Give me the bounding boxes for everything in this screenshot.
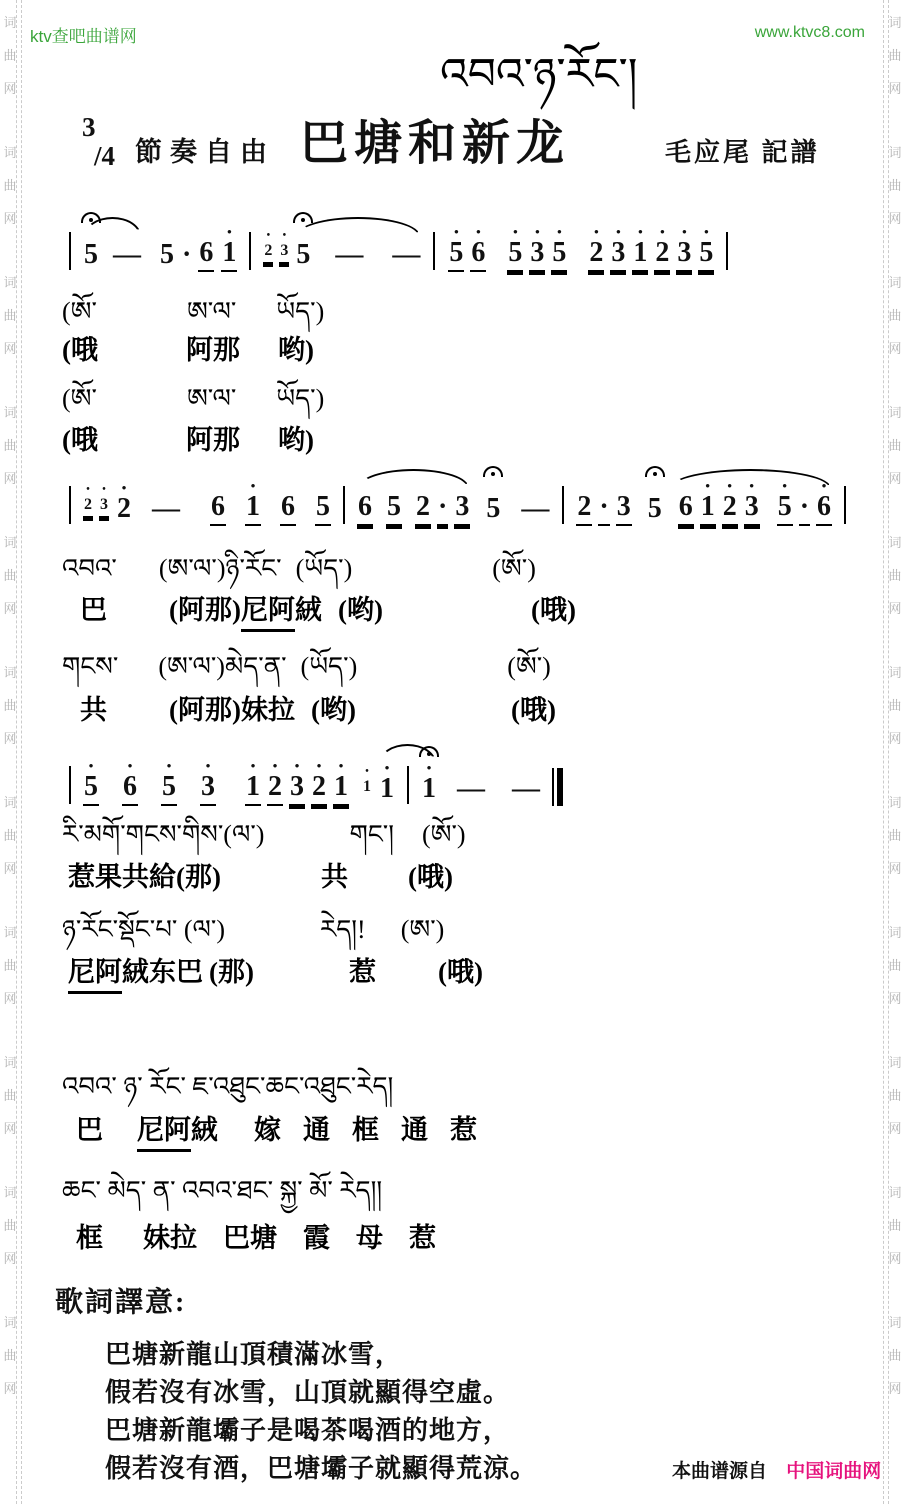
note-digit: 5•	[551, 237, 567, 272]
duration-dash: —	[456, 773, 486, 806]
note-digit: 6	[678, 491, 694, 526]
octave-dot: •	[206, 759, 211, 772]
octave-dot: •	[251, 759, 256, 772]
lyric-segment: 母	[356, 1216, 383, 1255]
octave-dot: •	[89, 759, 94, 772]
lyric-row-chinese-4: 共(阿那)妹拉(哟)(哦)	[62, 688, 556, 727]
note-digit: 5	[485, 493, 501, 526]
translation-heading: 歌詞譯意:	[55, 1280, 186, 1320]
lyric-segment: 惹	[409, 1216, 436, 1255]
lyric-segment: 共	[80, 688, 107, 727]
note-digit: 5	[647, 493, 663, 526]
fermata-icon	[293, 212, 313, 223]
dashed-border-right-inner	[883, 0, 884, 1504]
lyric-segment: 阿那	[186, 418, 240, 457]
lyric-segment: (哦)	[531, 588, 576, 627]
dashed-border-left-outer	[16, 0, 17, 1504]
lyric-segment: (哟)	[338, 588, 383, 627]
octave-dot: •	[682, 225, 687, 238]
lyric-segment: 絨	[191, 1108, 218, 1147]
note-digit: 2•	[267, 771, 283, 806]
octave-dot: •	[749, 479, 754, 492]
lyric-row-chinese-1: (哦阿那哟)	[62, 328, 314, 367]
time-signature-denominator: /4	[94, 143, 115, 170]
note-digit: 2•	[116, 493, 132, 526]
slur-arc: 61•2•3•5•·6•	[666, 491, 835, 526]
notation-line-1: 5—5·61•2•3•5——5•6•5•3•5•2•3•1•2•3•5•	[60, 208, 737, 272]
note-digit: 5•	[698, 237, 714, 272]
note-digit: 3•	[610, 237, 626, 272]
lyric-segment: 巴塘	[223, 1216, 277, 1255]
note-digit: 3•	[289, 771, 305, 806]
note-digit: 1•	[379, 773, 395, 806]
lyric-segment: 哟)	[278, 328, 314, 367]
lyric-segment: 妹拉	[143, 1216, 197, 1255]
lyric-segment: 絨	[295, 588, 322, 627]
lyric-segment: (阿那)	[169, 688, 241, 727]
translation-line-2: 假若沒有冰雪，山頂就顯得空虛。	[105, 1372, 510, 1409]
lyric-segment: 尼阿	[241, 588, 295, 632]
bar-line	[433, 232, 435, 270]
note-digit: 1•	[700, 491, 716, 526]
lyric-segment: (哦)	[511, 688, 556, 727]
octave-dot: •	[535, 225, 540, 238]
note-digit: 1•	[421, 773, 437, 806]
bar-line	[562, 486, 564, 524]
note-digit: 6	[210, 491, 226, 526]
note-digit: 6•	[816, 491, 832, 526]
octave-dot: •	[782, 479, 787, 492]
octave-dot: •	[385, 761, 390, 774]
lyric-segment: (哦	[62, 418, 98, 457]
note-digit: 5	[295, 239, 311, 272]
source-attribution: 本曲谱源自 中国词曲网	[672, 1456, 881, 1483]
fermata-icon	[81, 212, 101, 223]
source-prefix: 本曲谱源自	[672, 1461, 767, 1482]
notation-line-2: 2•3•2•—61•65652·35—2·3561•2•3•5•·6•	[60, 462, 855, 526]
duration-dash: —	[334, 239, 364, 272]
bar-line	[726, 232, 728, 270]
note-digit: ·	[181, 239, 192, 272]
note-digit: 5	[386, 491, 402, 526]
octave-dot: •	[102, 485, 106, 495]
bar-line	[69, 766, 71, 804]
note-digit: 3•	[200, 771, 216, 806]
octave-dot: •	[513, 225, 518, 238]
octave-dot: •	[727, 479, 732, 492]
note-digit: 2•	[654, 237, 670, 272]
time-signature: 3 /4	[82, 114, 115, 170]
lyric-segment: (那)	[209, 950, 254, 989]
lyric-row-chinese-3: 巴(阿那)尼阿絨(哟)(哦)	[62, 588, 576, 632]
octave-dot: •	[365, 767, 369, 777]
lyric-segment: 惹	[349, 950, 376, 989]
translation-line-1: 巴塘新龍山頂積滿冰雪，	[105, 1334, 402, 1371]
octave-dot: •	[273, 759, 278, 772]
slur-arc: 652·3	[354, 491, 473, 526]
note-digit: ·	[598, 491, 609, 526]
duration-dash: —	[520, 493, 550, 526]
note-digit: 3	[454, 491, 470, 526]
note-digit: 5•	[507, 237, 523, 272]
lyric-segment: (哦	[62, 328, 98, 367]
lyric-segment: 哟)	[278, 418, 314, 457]
lyric-segment: 阿那	[186, 328, 240, 367]
note-digit: 3•	[676, 237, 692, 272]
octave-dot: •	[454, 225, 459, 238]
duration-dash: —	[391, 239, 421, 272]
note-digit: 3•	[279, 241, 289, 264]
notation-line-3: 5•6•5•3•1•2•3•2•1•1•1•1•——	[60, 742, 563, 806]
slur-arc: 1•1•	[375, 766, 440, 806]
octave-dot: •	[427, 761, 432, 774]
lyric-segment: 絨东巴	[122, 950, 203, 989]
note-digit: 5	[159, 239, 175, 272]
note-digit: 6	[280, 491, 296, 526]
lyric-segment: (哦)	[408, 855, 453, 894]
duration-dash: —	[151, 493, 181, 526]
duration-dash: —	[112, 239, 142, 272]
octave-dot: •	[267, 231, 271, 241]
bar-line	[249, 232, 251, 270]
note-digit: 2•	[263, 241, 273, 264]
bar-line	[69, 486, 71, 524]
duration-dash: —	[511, 773, 541, 806]
verse-row-chinese-2: 框妹拉巴塘霞母惹	[62, 1216, 436, 1255]
lyric-row-chinese-6: 尼阿絨东巴(那)惹(哦)	[62, 950, 483, 994]
note-digit: ·	[799, 491, 810, 526]
note-digit: 2•	[311, 771, 327, 806]
octave-dot: •	[128, 759, 133, 772]
lyric-segment: (阿那)	[169, 588, 241, 627]
fermata-icon	[645, 466, 665, 477]
octave-dot: •	[660, 225, 665, 238]
lyric-segment: 妹拉	[241, 688, 295, 727]
lyric-segment: 尼阿	[137, 1108, 191, 1152]
note-digit: 2•	[588, 237, 604, 272]
tempo-marking: 節奏自由	[135, 130, 275, 169]
final-bar-line	[552, 768, 563, 806]
lyric-row-chinese-5: 惹果共給(那)共(哦)	[62, 855, 453, 894]
lyric-segment: 框	[76, 1216, 103, 1255]
lyric-segment: 惹	[450, 1108, 477, 1147]
lyric-segment: 巴	[80, 588, 107, 627]
sheet-music-page: 词曲网词曲网词曲网词曲网词曲网词曲网词曲网词曲网词曲网词曲网词曲网 词曲网词曲网…	[0, 0, 905, 1504]
site-name-link[interactable]: ktv查吧曲谱网	[30, 22, 137, 47]
octave-dot: •	[283, 231, 287, 241]
lyric-segment: 框	[352, 1108, 379, 1147]
note-digit: 1•	[245, 491, 261, 526]
note-digit: 5•	[83, 771, 99, 806]
source-brand-link[interactable]: 中国词曲网	[786, 1461, 881, 1482]
fermata-icon	[483, 466, 503, 477]
time-signature-numerator: 3	[82, 112, 96, 142]
note-digit: 2	[415, 491, 431, 526]
lyric-segment: 霞	[303, 1216, 330, 1255]
tibetan-title: འབའ་ཉ་རོང་།	[440, 46, 637, 103]
lyric-segment: 惹果共給(那)	[68, 855, 221, 894]
octave-dot: •	[705, 479, 710, 492]
octave-dot: •	[227, 225, 232, 238]
octave-dot: •	[638, 225, 643, 238]
song-title: 巴塘和新龙	[300, 104, 570, 173]
note-digit: 5•	[161, 771, 177, 806]
note-digit: 5	[83, 239, 99, 272]
site-url-link[interactable]: www.ktvc8.com	[755, 24, 865, 42]
octave-dot: •	[822, 479, 827, 492]
note-digit: 1•	[245, 771, 261, 806]
octave-dot: •	[122, 481, 127, 494]
lyric-segment: 通	[303, 1108, 330, 1147]
octave-dot: •	[251, 479, 256, 492]
note-digit: 5•	[448, 237, 464, 272]
note-digit: 1•	[221, 237, 237, 272]
note-digit: 5	[315, 491, 331, 526]
note-digit: 3•	[99, 495, 109, 518]
note-digit: 3•	[529, 237, 545, 272]
note-digit: 5•	[777, 491, 793, 526]
octave-dot: •	[339, 759, 344, 772]
translation-line-3: 巴塘新龍壩子是喝茶喝酒的地方，	[105, 1410, 510, 1447]
note-digit: 6	[198, 237, 214, 272]
octave-dot: •	[476, 225, 481, 238]
note-digit: 6•	[122, 771, 138, 806]
note-digit: 2	[576, 491, 592, 526]
octave-dot: •	[317, 759, 322, 772]
note-digit: 1•	[632, 237, 648, 272]
lyric-segment: 尼阿	[68, 950, 122, 994]
note-digit: 2•	[83, 495, 93, 518]
lyric-row-chinese-2: (哦阿那哟)	[62, 418, 314, 457]
watermark-column-right: 词曲网词曲网词曲网词曲网词曲网词曲网词曲网词曲网词曲网词曲网词曲网	[887, 6, 903, 1436]
bar-line	[844, 486, 846, 524]
note-digit: 1•	[333, 771, 349, 806]
lyric-segment: 共	[321, 855, 348, 894]
lyric-segment: 嫁	[254, 1108, 281, 1147]
bar-line	[343, 486, 345, 524]
octave-dot: •	[295, 759, 300, 772]
note-digit: 3•	[744, 491, 760, 526]
note-digit: 3	[616, 491, 632, 526]
bar-line	[69, 232, 71, 270]
note-digit: 6	[357, 491, 373, 526]
slur-arc: 5—	[80, 239, 145, 272]
dashed-border-right-outer	[888, 0, 889, 1504]
transcriber-credit: 毛应尾 記譜	[665, 132, 820, 169]
octave-dot: •	[704, 225, 709, 238]
fermata-icon	[419, 746, 439, 757]
lyric-segment: 巴	[76, 1108, 103, 1147]
slur-arc: 5——	[292, 239, 424, 272]
lyric-segment: (哦)	[438, 950, 483, 989]
note-digit: 1•	[362, 777, 372, 798]
lyric-segment: (哟)	[311, 688, 356, 727]
dashed-border-left-inner	[21, 0, 22, 1504]
verse-row-chinese-1: 巴尼阿絨嫁通框通惹	[62, 1108, 477, 1152]
octave-dot: •	[616, 225, 621, 238]
note-digit: 2•	[722, 491, 738, 526]
octave-dot: •	[86, 485, 90, 495]
lyric-segment: 通	[401, 1108, 428, 1147]
octave-dot: •	[557, 225, 562, 238]
octave-dot: •	[594, 225, 599, 238]
translation-line-4: 假若沒有酒，巴塘壩子就顯得荒涼。	[105, 1448, 537, 1485]
bar-line	[407, 766, 409, 804]
note-digit: 6•	[470, 237, 486, 272]
octave-dot: •	[167, 759, 172, 772]
note-digit: ·	[437, 491, 448, 526]
